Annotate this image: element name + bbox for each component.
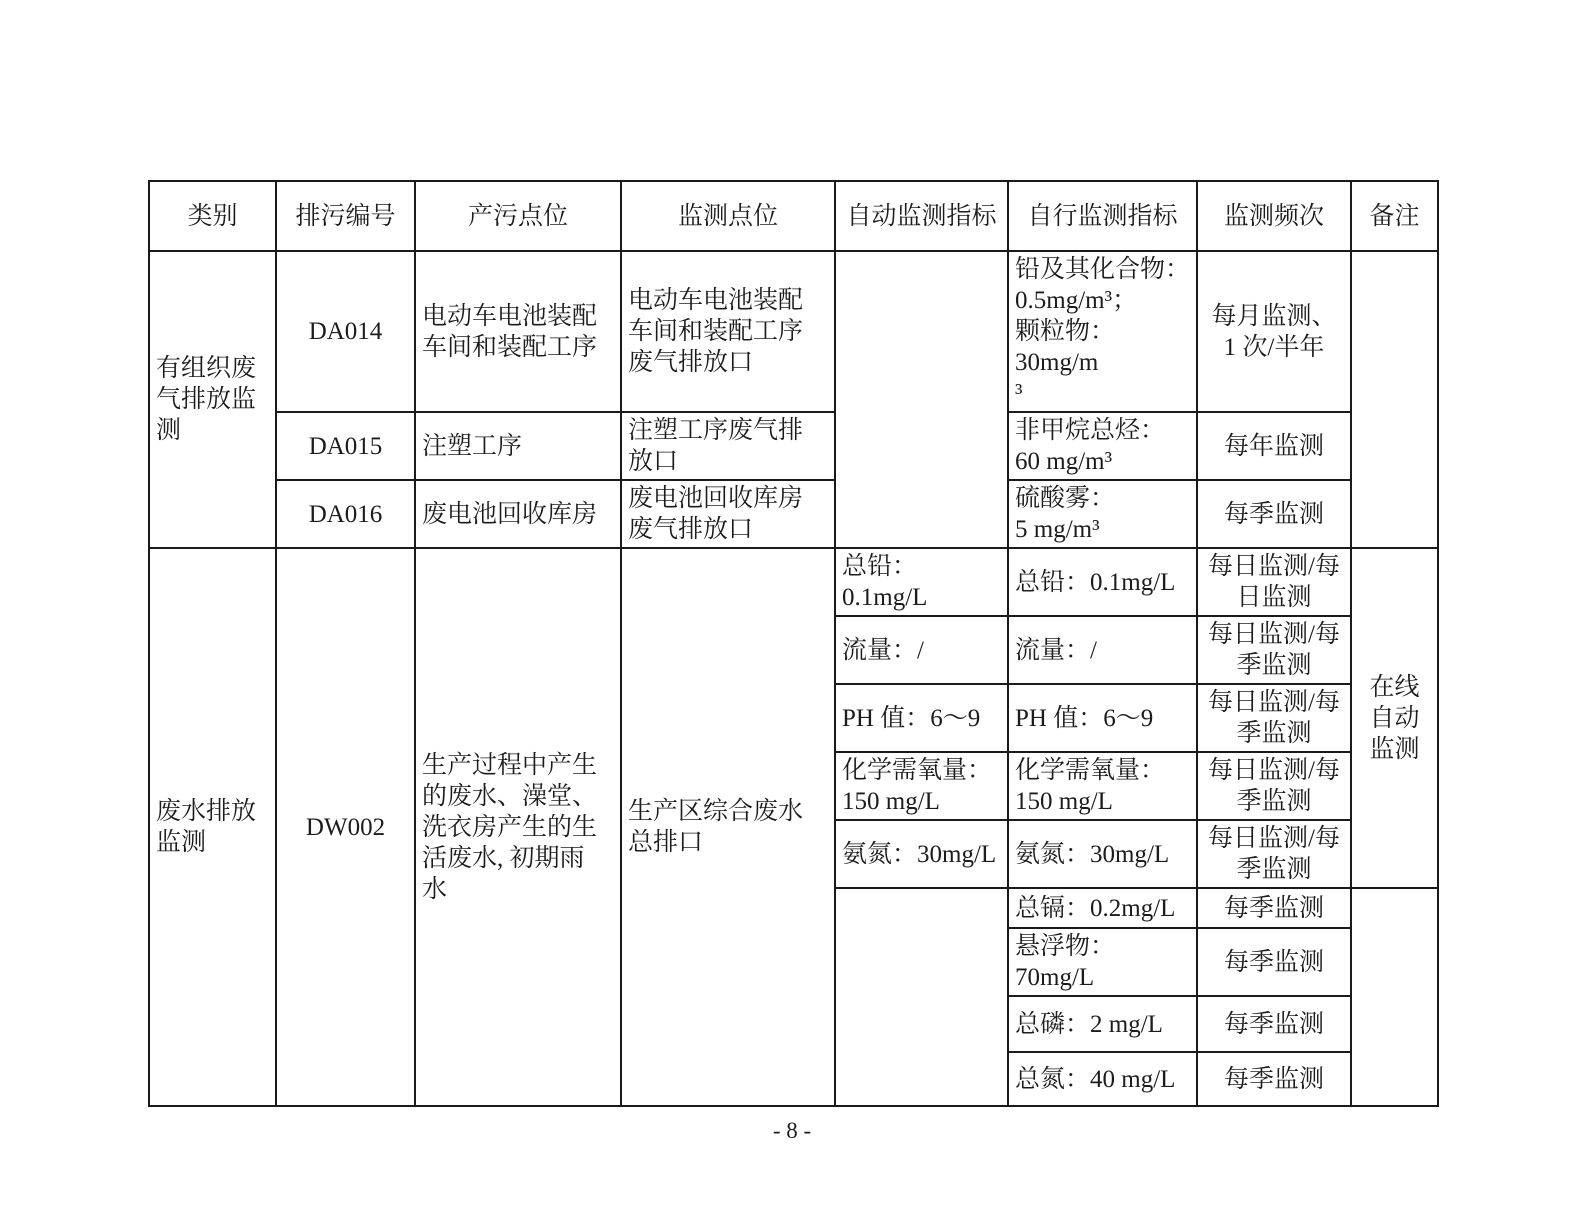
cell-water-self-ammonia: 氨氮：30mg/L [1008, 820, 1197, 888]
cell-water-self-tp: 总磷：2 mg/L [1008, 996, 1197, 1052]
cell-water-freq-cod: 每日监测/每 季监测 [1197, 752, 1351, 820]
table-row: 废水排放 监测 DW002 生产过程中产生 的废水、澡堂、 洗衣房产生的生 活废… [149, 548, 1438, 616]
cell-water-auto-ammonia: 氨氮：30mg/L [835, 820, 1008, 888]
cell-water-freq-cadmium: 每季监测 [1197, 888, 1351, 928]
header-remark: 备注 [1351, 181, 1438, 251]
cell-water-self-ss: 悬浮物：70mg/L [1008, 928, 1197, 996]
header-auto-index: 自动监测指标 [835, 181, 1008, 251]
cell-water-auto-ph: PH 值：6～9 [835, 684, 1008, 752]
cell-water-auto-empty [835, 888, 1008, 1106]
table-row: 有组织废 气排放监 测 DA014 电动车电池装配 车间和装配工序 电动车电池装… [149, 251, 1438, 412]
cell-da016-source: 废电池回收库房 [415, 480, 621, 548]
cell-da015-point: 注塑工序废气排 放口 [621, 412, 835, 480]
header-discharge-id: 排污编号 [276, 181, 415, 251]
cell-dw002-source: 生产过程中产生 的废水、澡堂、 洗衣房产生的生 活废水, 初期雨 水 [415, 548, 621, 1106]
cell-da014-point: 电动车电池装配 车间和装配工序 废气排放口 [621, 251, 835, 412]
cell-water-freq-lead: 每日监测/每 日监测 [1197, 548, 1351, 616]
cell-water-auto-flow: 流量：/ [835, 616, 1008, 684]
cell-water-category: 废水排放 监测 [149, 548, 276, 1106]
cell-da014-freq: 每月监测、 1 次/半年 [1197, 251, 1351, 412]
cell-da015-id: DA015 [276, 412, 415, 480]
cell-water-self-cod: 化学需氧量： 150 mg/L [1008, 752, 1197, 820]
cell-water-freq-ammonia: 每日监测/每 季监测 [1197, 820, 1351, 888]
cell-dw002-id: DW002 [276, 548, 415, 1106]
cell-gas-category: 有组织废 气排放监 测 [149, 251, 276, 548]
monitoring-table: 类别 排污编号 产污点位 监测点位 自动监测指标 自行监测指标 监测频次 备注 … [148, 180, 1439, 1107]
cell-da015-self: 非甲烷总烃： 60 mg/m³ [1008, 412, 1197, 480]
cell-da014-id: DA014 [276, 251, 415, 412]
cell-da016-point: 废电池回收库房 废气排放口 [621, 480, 835, 548]
cell-da016-self: 硫酸雾： 5 mg/m³ [1008, 480, 1197, 548]
cell-gas-auto-empty [835, 251, 1008, 548]
cell-water-freq-ph: 每日监测/每 季监测 [1197, 684, 1351, 752]
table-header-row: 类别 排污编号 产污点位 监测点位 自动监测指标 自行监测指标 监测频次 备注 [149, 181, 1438, 251]
cell-da016-id: DA016 [276, 480, 415, 548]
header-source-point: 产污点位 [415, 181, 621, 251]
cell-gas-remark [1351, 251, 1438, 548]
cell-water-auto-cod: 化学需氧量： 150 mg/L [835, 752, 1008, 820]
cell-da016-freq: 每季监测 [1197, 480, 1351, 548]
header-monitor-point: 监测点位 [621, 181, 835, 251]
cell-water-freq-flow: 每日监测/每 季监测 [1197, 616, 1351, 684]
table-row: DA015 注塑工序 注塑工序废气排 放口 非甲烷总烃： 60 mg/m³ 每年… [149, 412, 1438, 480]
document-page: 类别 排污编号 产污点位 监测点位 自动监测指标 自行监测指标 监测频次 备注 … [0, 0, 1584, 1224]
cell-water-remark-empty [1351, 888, 1438, 1106]
cell-water-self-lead: 总铅：0.1mg/L [1008, 548, 1197, 616]
cell-water-freq-ss: 每季监测 [1197, 928, 1351, 996]
cell-water-self-tn: 总氮：40 mg/L [1008, 1052, 1197, 1106]
cell-da014-self: 铅及其化合物： 0.5mg/m³； 颗粒物：30mg/m ³ [1008, 251, 1197, 412]
cell-water-auto-lead: 总铅：0.1mg/L [835, 548, 1008, 616]
cell-water-freq-tn: 每季监测 [1197, 1052, 1351, 1106]
cell-da014-source: 电动车电池装配 车间和装配工序 [415, 251, 621, 412]
cell-water-self-ph: PH 值：6～9 [1008, 684, 1197, 752]
cell-water-self-cadmium: 总镉：0.2mg/L [1008, 888, 1197, 928]
cell-water-freq-tp: 每季监测 [1197, 996, 1351, 1052]
header-category: 类别 [149, 181, 276, 251]
header-frequency: 监测频次 [1197, 181, 1351, 251]
header-self-index: 自行监测指标 [1008, 181, 1197, 251]
cell-da015-source: 注塑工序 [415, 412, 621, 480]
cell-dw002-point: 生产区综合废水 总排口 [621, 548, 835, 1106]
cell-water-self-flow: 流量：/ [1008, 616, 1197, 684]
cell-da015-freq: 每年监测 [1197, 412, 1351, 480]
cell-water-remark-online: 在线 自动 监测 [1351, 548, 1438, 888]
table-row: DA016 废电池回收库房 废电池回收库房 废气排放口 硫酸雾： 5 mg/m³… [149, 480, 1438, 548]
page-number: - 8 - [0, 1118, 1584, 1144]
